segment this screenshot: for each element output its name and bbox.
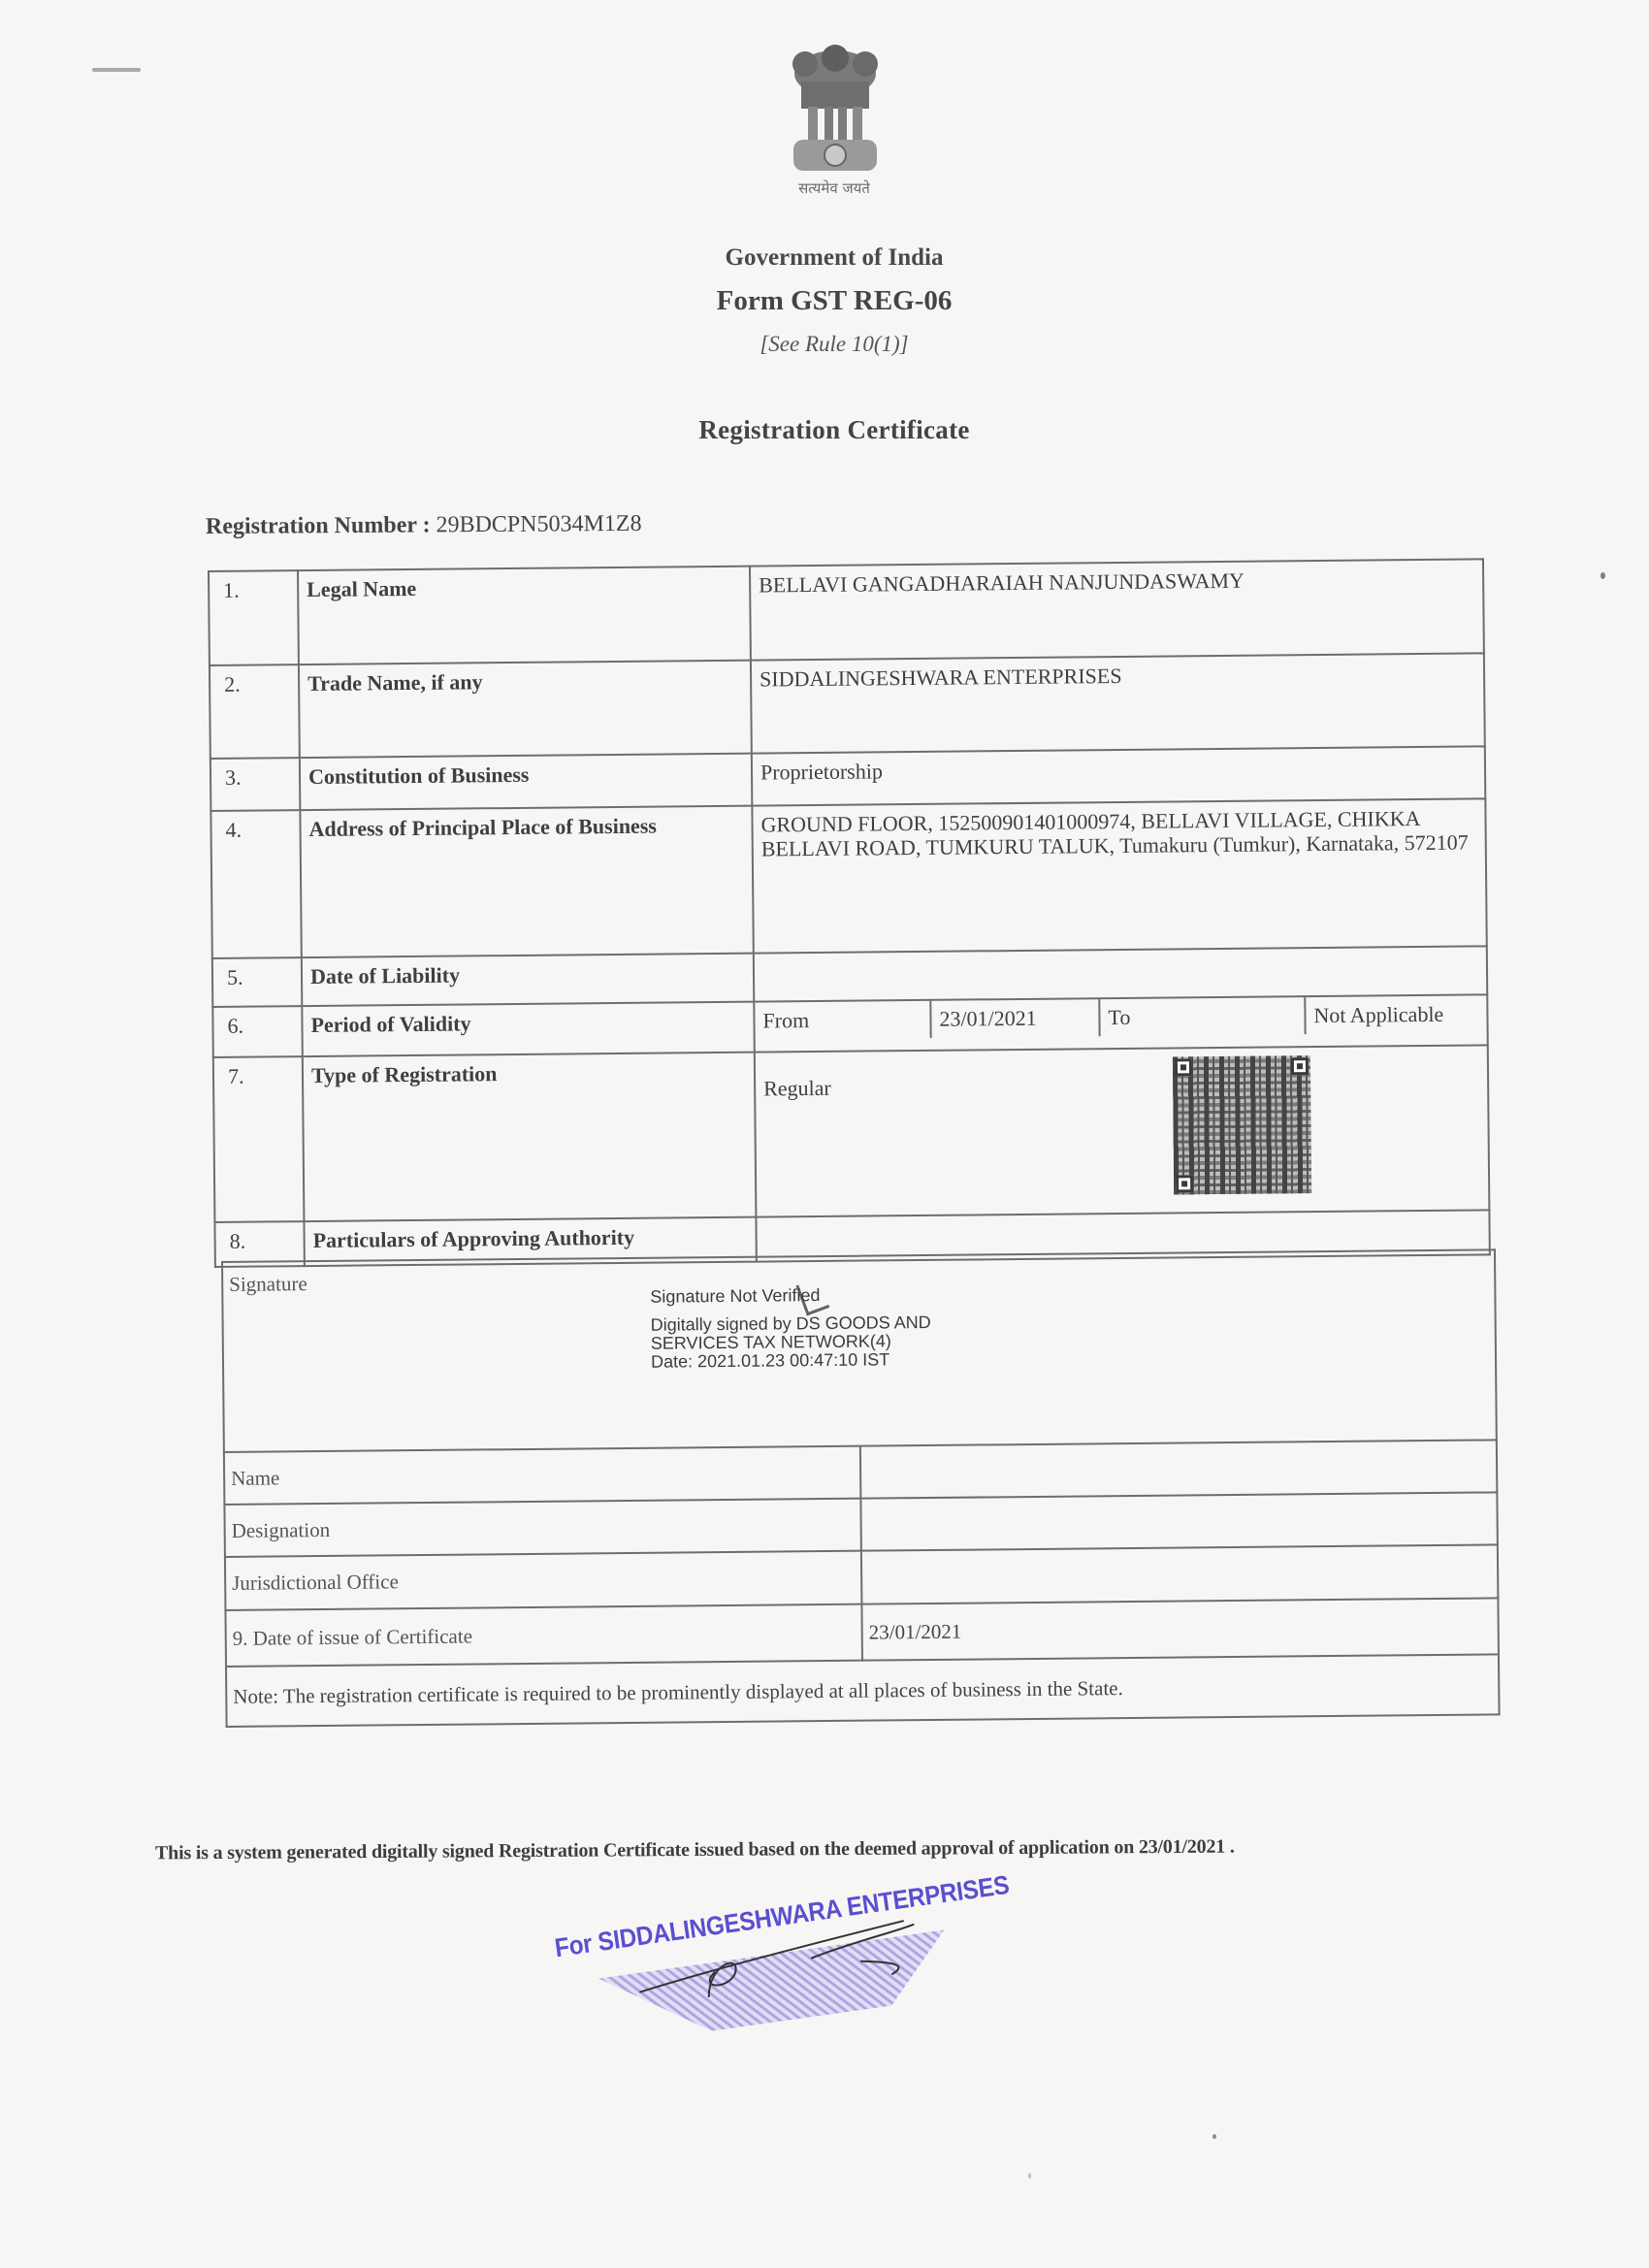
display-note: Note: The registration certificate is re… <box>226 1654 1500 1727</box>
constitution-value: Proprietorship <box>752 746 1485 805</box>
row-number: 1. <box>209 570 299 665</box>
row-label: Date of Liability <box>302 954 754 1006</box>
name-label: Name <box>224 1446 860 1505</box>
signature-label: Signature <box>229 1272 307 1297</box>
address-value: GROUND FLOOR, 152500901401000974, BELLAV… <box>752 798 1486 953</box>
row-number: 4. <box>210 810 301 958</box>
registration-type-value: Regular <box>763 1076 831 1102</box>
registration-type-cell: Regular <box>755 1045 1490 1216</box>
validity-from-label: From <box>755 1001 931 1040</box>
validity-cell: From 23/01/2021 To Not Applicable <box>754 994 1487 1052</box>
name-value <box>860 1440 1497 1498</box>
qr-code-icon <box>1173 1055 1311 1194</box>
row-label: Type of Registration <box>303 1053 757 1221</box>
table-row: 4. Address of Principal Place of Busines… <box>210 798 1486 958</box>
registration-number-label: Registration Number : <box>206 512 431 539</box>
signature-check-icon <box>795 1278 829 1316</box>
scan-speck <box>1028 2173 1031 2179</box>
validity-to-label: To <box>1100 997 1306 1036</box>
signature-row: Signature Signature Not Verified Digital… <box>222 1249 1497 1452</box>
scan-speck <box>1212 2134 1216 2139</box>
issue-date-label: 9. Date of issue of Certificate <box>225 1604 862 1667</box>
row-number: 3. <box>210 758 301 811</box>
registration-number: Registration Number : 29BDCPN5034M1Z8 <box>206 511 642 540</box>
row-label: Address of Principal Place of Business <box>300 806 753 957</box>
row-number: 5. <box>212 957 302 1007</box>
legal-name-value: BELLAVI GANGADHARAIAH NANJUNDASWAMY <box>750 559 1484 660</box>
jurisdictional-office-value <box>861 1544 1498 1604</box>
table-row: Note: The registration certificate is re… <box>226 1654 1500 1727</box>
trade-name-value: SIDDALINGESHWARA ENTERPRISES <box>751 653 1485 753</box>
row-number: 7. <box>213 1056 305 1222</box>
national-emblem-icon <box>784 43 887 175</box>
designation-value <box>860 1492 1497 1550</box>
rule-reference: [See Rule 10(1)] <box>0 332 1649 357</box>
table-row: 2. Trade Name, if any SIDDALINGESHWARA E… <box>210 653 1485 759</box>
jurisdictional-office-label: Jurisdictional Office <box>225 1551 861 1610</box>
company-stamp: For SIDDALINGESHWARA ENTERPRISES <box>548 1838 996 2080</box>
row-number: 6. <box>212 1006 302 1057</box>
signature-cell: Signature Signature Not Verified Digital… <box>222 1249 1497 1452</box>
certificate-title: Registration Certificate <box>0 415 1649 445</box>
table-row: 7. Type of Registration Regular <box>213 1045 1490 1222</box>
validity-from-value: 23/01/2021 <box>931 999 1100 1038</box>
designation-label: Designation <box>224 1499 860 1557</box>
liability-date-value <box>754 946 1487 1001</box>
row-label: Legal Name <box>298 567 751 664</box>
government-title: Government of India <box>0 244 1649 272</box>
form-title: Form GST REG-06 <box>0 285 1649 317</box>
registration-number-value: 29BDCPN5034M1Z8 <box>436 511 641 537</box>
digital-signature-block: Signature Not Verified Digitally signed … <box>650 1285 931 1372</box>
emblem-motto: सत्यमेव जयते <box>757 178 912 198</box>
validity-to-value: Not Applicable <box>1306 995 1486 1034</box>
signature-status: Signature Not Verified <box>650 1285 930 1307</box>
certificate-details-table: 1. Legal Name BELLAVI GANGADHARAIAH NANJ… <box>208 558 1491 1268</box>
row-number: 2. <box>210 664 300 759</box>
issue-date-value: 23/01/2021 <box>861 1598 1499 1660</box>
scan-speck <box>1600 572 1605 579</box>
row-label: Constitution of Business <box>300 754 752 810</box>
approving-authority-table: Signature Signature Not Verified Digital… <box>221 1248 1501 1728</box>
row-label: Period of Validity <box>302 1002 754 1056</box>
signature-date: Date: 2021.01.23 00:47:10 IST <box>651 1350 931 1372</box>
table-row: 1. Legal Name BELLAVI GANGADHARAIAH NANJ… <box>209 559 1484 665</box>
row-label: Trade Name, if any <box>299 661 752 758</box>
scan-mark <box>92 68 141 72</box>
